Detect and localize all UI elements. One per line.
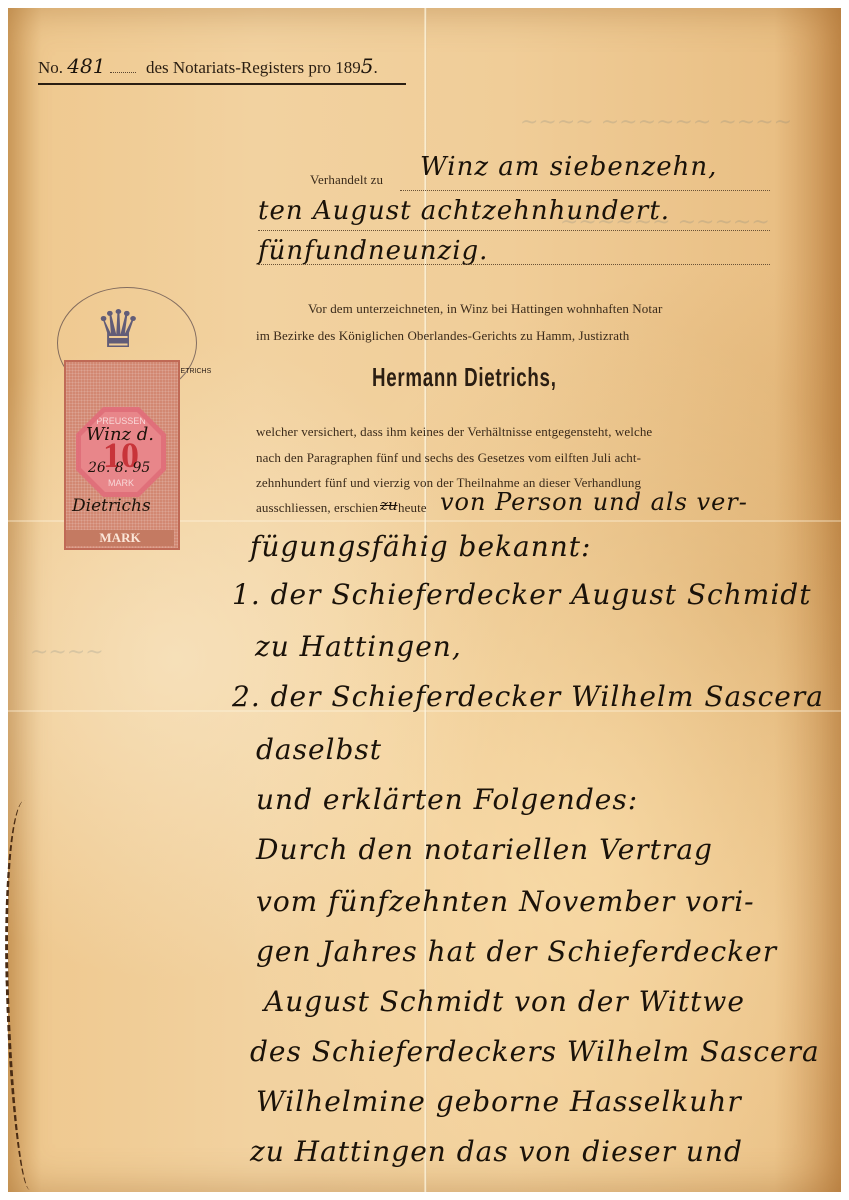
bleed-through-text: ~~~~	[30, 640, 104, 665]
stamp-handwritten-place: Winz d.	[86, 424, 154, 445]
handwritten-line: fügungsfähig bekannt:	[250, 530, 591, 563]
stamp-unit: MARK	[81, 478, 161, 488]
printed-line: Vor dem unterzeichneten, in Winz bei Hat…	[308, 301, 662, 317]
printed-line: nach den Paragraphen fünf und sechs des …	[256, 450, 641, 466]
handwritten-line: des Schieferdeckers Wilhelm Sascera	[250, 1035, 820, 1068]
handwritten-line: Wilhelmine geborne Hasselkuhr	[256, 1085, 742, 1118]
handwritten-line: gen Jahres hat der Schieferdecker	[256, 935, 777, 968]
struck-word: zu	[380, 496, 398, 514]
register-no-value: 481	[67, 54, 105, 78]
handwritten-line: ten August achtzehnhundert.	[258, 196, 670, 226]
dotted-line	[258, 230, 770, 231]
stamp-octagon: PREUSSEN 10 MARK	[76, 407, 166, 497]
printed-heute: heute	[398, 500, 427, 516]
eagle-emblem-icon: ♛	[95, 300, 142, 360]
stamp-mark-label: MARK	[66, 530, 174, 546]
register-no-label: No.	[38, 58, 63, 77]
handwritten-line: fünfundneunzig.	[258, 236, 488, 266]
handwritten-line: August Schmidt von der Wittwe	[264, 985, 745, 1018]
handwritten-line: 1. der Schieferdecker August Schmidt	[232, 578, 811, 611]
printed-line: im Bezirke des Königlichen Oberlandes-Ge…	[256, 328, 629, 344]
dotted-fill	[110, 72, 136, 73]
bleed-through-text: ~~~~ ~~~~~~ ~~~~	[520, 110, 792, 135]
printed-line: welcher versichert, dass ihm keines der …	[256, 424, 652, 440]
verhandelt-label: Verhandelt zu	[310, 172, 383, 188]
stamp-signature: Dietrichs	[72, 496, 151, 516]
handwritten-line: Winz am siebenzehn,	[420, 152, 717, 182]
handwritten-line: Durch den notariellen Vertrag	[256, 833, 713, 866]
register-year-digit: 5	[361, 54, 374, 78]
stamp-handwritten-date: 26. 8. 95	[88, 460, 150, 476]
handwritten-line: und erklärten Folgendes:	[256, 783, 638, 816]
handwritten-line: daselbst	[256, 733, 382, 766]
handwritten-line: zu Hattingen das von dieser und	[250, 1135, 743, 1168]
notary-name: Hermann Dietrichs,	[372, 362, 557, 393]
handwritten-line: 2. der Schieferdecker Wilhelm Sascera	[232, 680, 824, 713]
header-rule	[38, 83, 406, 85]
handwritten-line: vom fünfzehnten November vori-	[256, 885, 755, 918]
printed-line: ausschliessen, erschien	[256, 500, 378, 516]
register-header: No. 481 des Notariats-Registers pro 1895…	[38, 54, 406, 78]
revenue-stamp: PREUSSEN 10 MARK Winz d. 26. 8. 95 Dietr…	[64, 360, 180, 550]
register-text: des Notariats-Registers pro 189	[146, 58, 361, 77]
handwritten-line: zu Hattingen,	[255, 630, 462, 663]
register-year-suffix: .	[374, 58, 378, 77]
dotted-line	[258, 264, 770, 265]
dotted-line	[400, 190, 770, 191]
handwritten-line: von Person und als ver-	[440, 488, 748, 516]
